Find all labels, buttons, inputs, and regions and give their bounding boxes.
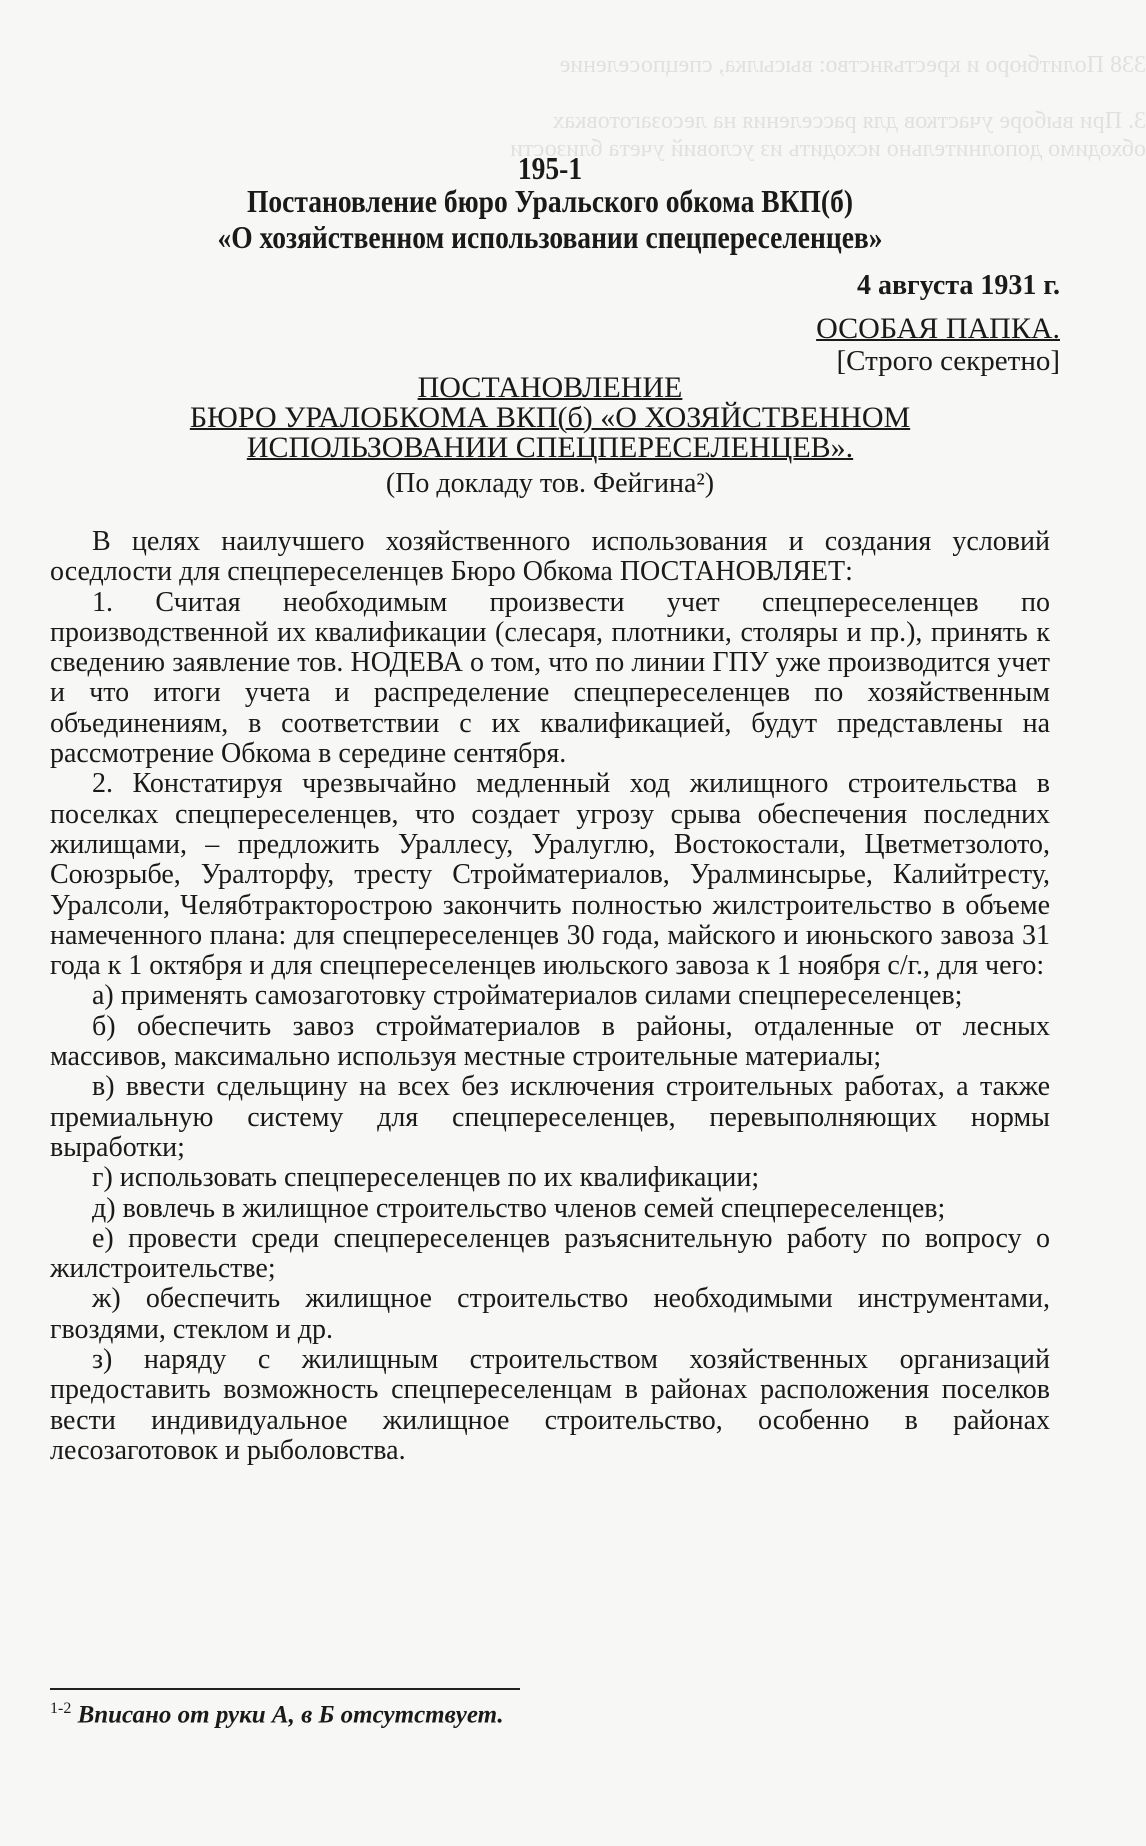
document-body: В целях наилучшего хозяйственного исполь…: [50, 527, 1050, 1466]
report-line: (По докладу тов. Фейгина²): [50, 468, 1050, 500]
preamble: В целях наилучшего хозяйственного исполь…: [50, 527, 1050, 588]
document-title-line: Постановление бюро Уральского обкома ВКП…: [120, 183, 980, 219]
sub-item: з) наряду с жилищным строительством хозя…: [50, 1345, 1050, 1466]
sub-item: б) обеспечить завоз стройматериалов в ра…: [50, 1012, 1050, 1073]
document-title-line: «О хозяйственном использовании спецперес…: [120, 219, 980, 255]
bleed-through-line: 3. При выборе участков для расселения на…: [0, 108, 1146, 135]
document-number: 195-1: [120, 150, 980, 187]
footnote-text: Вписано от руки А, в Б отсутствует.: [78, 1701, 504, 1728]
sub-item: а) применять самозаготовку стройматериал…: [50, 981, 1050, 1011]
folder-mark: ОСОБАЯ ПАПКА.: [816, 312, 1060, 346]
document-date: 4 августа 1931 г.: [857, 270, 1060, 302]
sub-item: ж) обеспечить жилищное строительство нео…: [50, 1284, 1050, 1345]
paragraph: 2. Констатируя чрезвычайно медленный ход…: [50, 769, 1050, 981]
footnote-marker: 1-2: [50, 1700, 71, 1717]
resolution-heading: ПОСТАНОВЛЕНИЕ БЮРО УРАЛОБКОМА ВКП(б) «О …: [50, 373, 1050, 463]
bleed-through-header: 338 Политбюро и крестьянство: высылка, с…: [0, 52, 1146, 79]
resolution-heading-line: ИСПОЛЬЗОВАНИИ СПЕЦПЕРЕСЕЛЕНЦЕВ».: [50, 433, 1050, 463]
sub-item: г) использовать спецпереселенцев по их к…: [50, 1163, 1050, 1193]
sub-item: д) вовлечь в жилищное строительство член…: [50, 1194, 1050, 1224]
resolution-heading-line: ПОСТАНОВЛЕНИЕ: [50, 373, 1050, 403]
sub-item: в) ввести сдельщину на всех без исключен…: [50, 1072, 1050, 1163]
footnote: 1-2 Вписано от руки А, в Б отсутствует.: [50, 1700, 504, 1729]
document-title: Постановление бюро Уральского обкома ВКП…: [120, 183, 980, 255]
sub-item: е) провести среди спецпереселенцев разъя…: [50, 1224, 1050, 1285]
footnote-divider: [50, 1688, 520, 1690]
resolution-heading-line: БЮРО УРАЛОБКОМА ВКП(б) «О ХОЗЯЙСТВЕННОМ: [50, 403, 1050, 433]
paragraph: 1. Считая необходимым произвести учет сп…: [50, 588, 1050, 770]
